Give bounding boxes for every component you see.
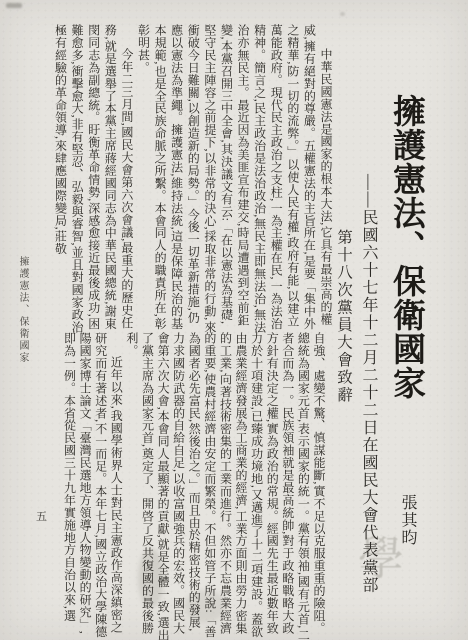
article-title: 擁護憲法、保衛國家	[386, 94, 426, 406]
paragraph-constitution: 中華民國憲法是國家的根本大法,它具有最崇高的權威,擁有絕對的尊嚴。五權憲法的主旨…	[135, 24, 334, 336]
body-text-upper: 中華民國憲法是國家的根本大法,它具有最崇高的權威,擁有絕對的尊嚴。五權憲法的主旨…	[46, 24, 334, 336]
running-side-label: 擁護憲法、保衛國家	[15, 256, 30, 376]
paragraph-scholars: 近年以來,我國學術界人士對民主憲政作高深縝密之研究而有著述者,不一而足。本年七月…	[61, 332, 123, 640]
page-number: 五	[36, 508, 47, 524]
article-event-subtitle: 第十八次黨員大會致辭	[334, 229, 353, 419]
body-text-lower: 自強、處變不驚、慎謀能斷,實不足以克服重重的險阻。總統為國家元首,表示國家的統一…	[58, 332, 326, 640]
paragraph-assembly-start: 今年二三月間,國民大會第六次會議,最重大的歷史任務,就是選舉了本黨主席蔣經國同志…	[52, 24, 135, 336]
scan-artifact	[340, 12, 345, 16]
scan-artifact	[6, 3, 22, 8]
author-name: 張其昀	[396, 494, 419, 564]
scanned-page: 學 擁護憲法、保衛國家 ——民國六十七年十二月二十二日在國民大會代表黨部 第十八…	[0, 0, 468, 640]
article-date-subtitle: ——民國六十七年十二月二十二日在國民大會代表黨部	[358, 174, 378, 612]
paragraph-assembly-end: 自強、處變不驚、慎謀能斷,實不足以克服重重的險阻。總統為國家元首,表示國家的統一…	[123, 332, 326, 640]
